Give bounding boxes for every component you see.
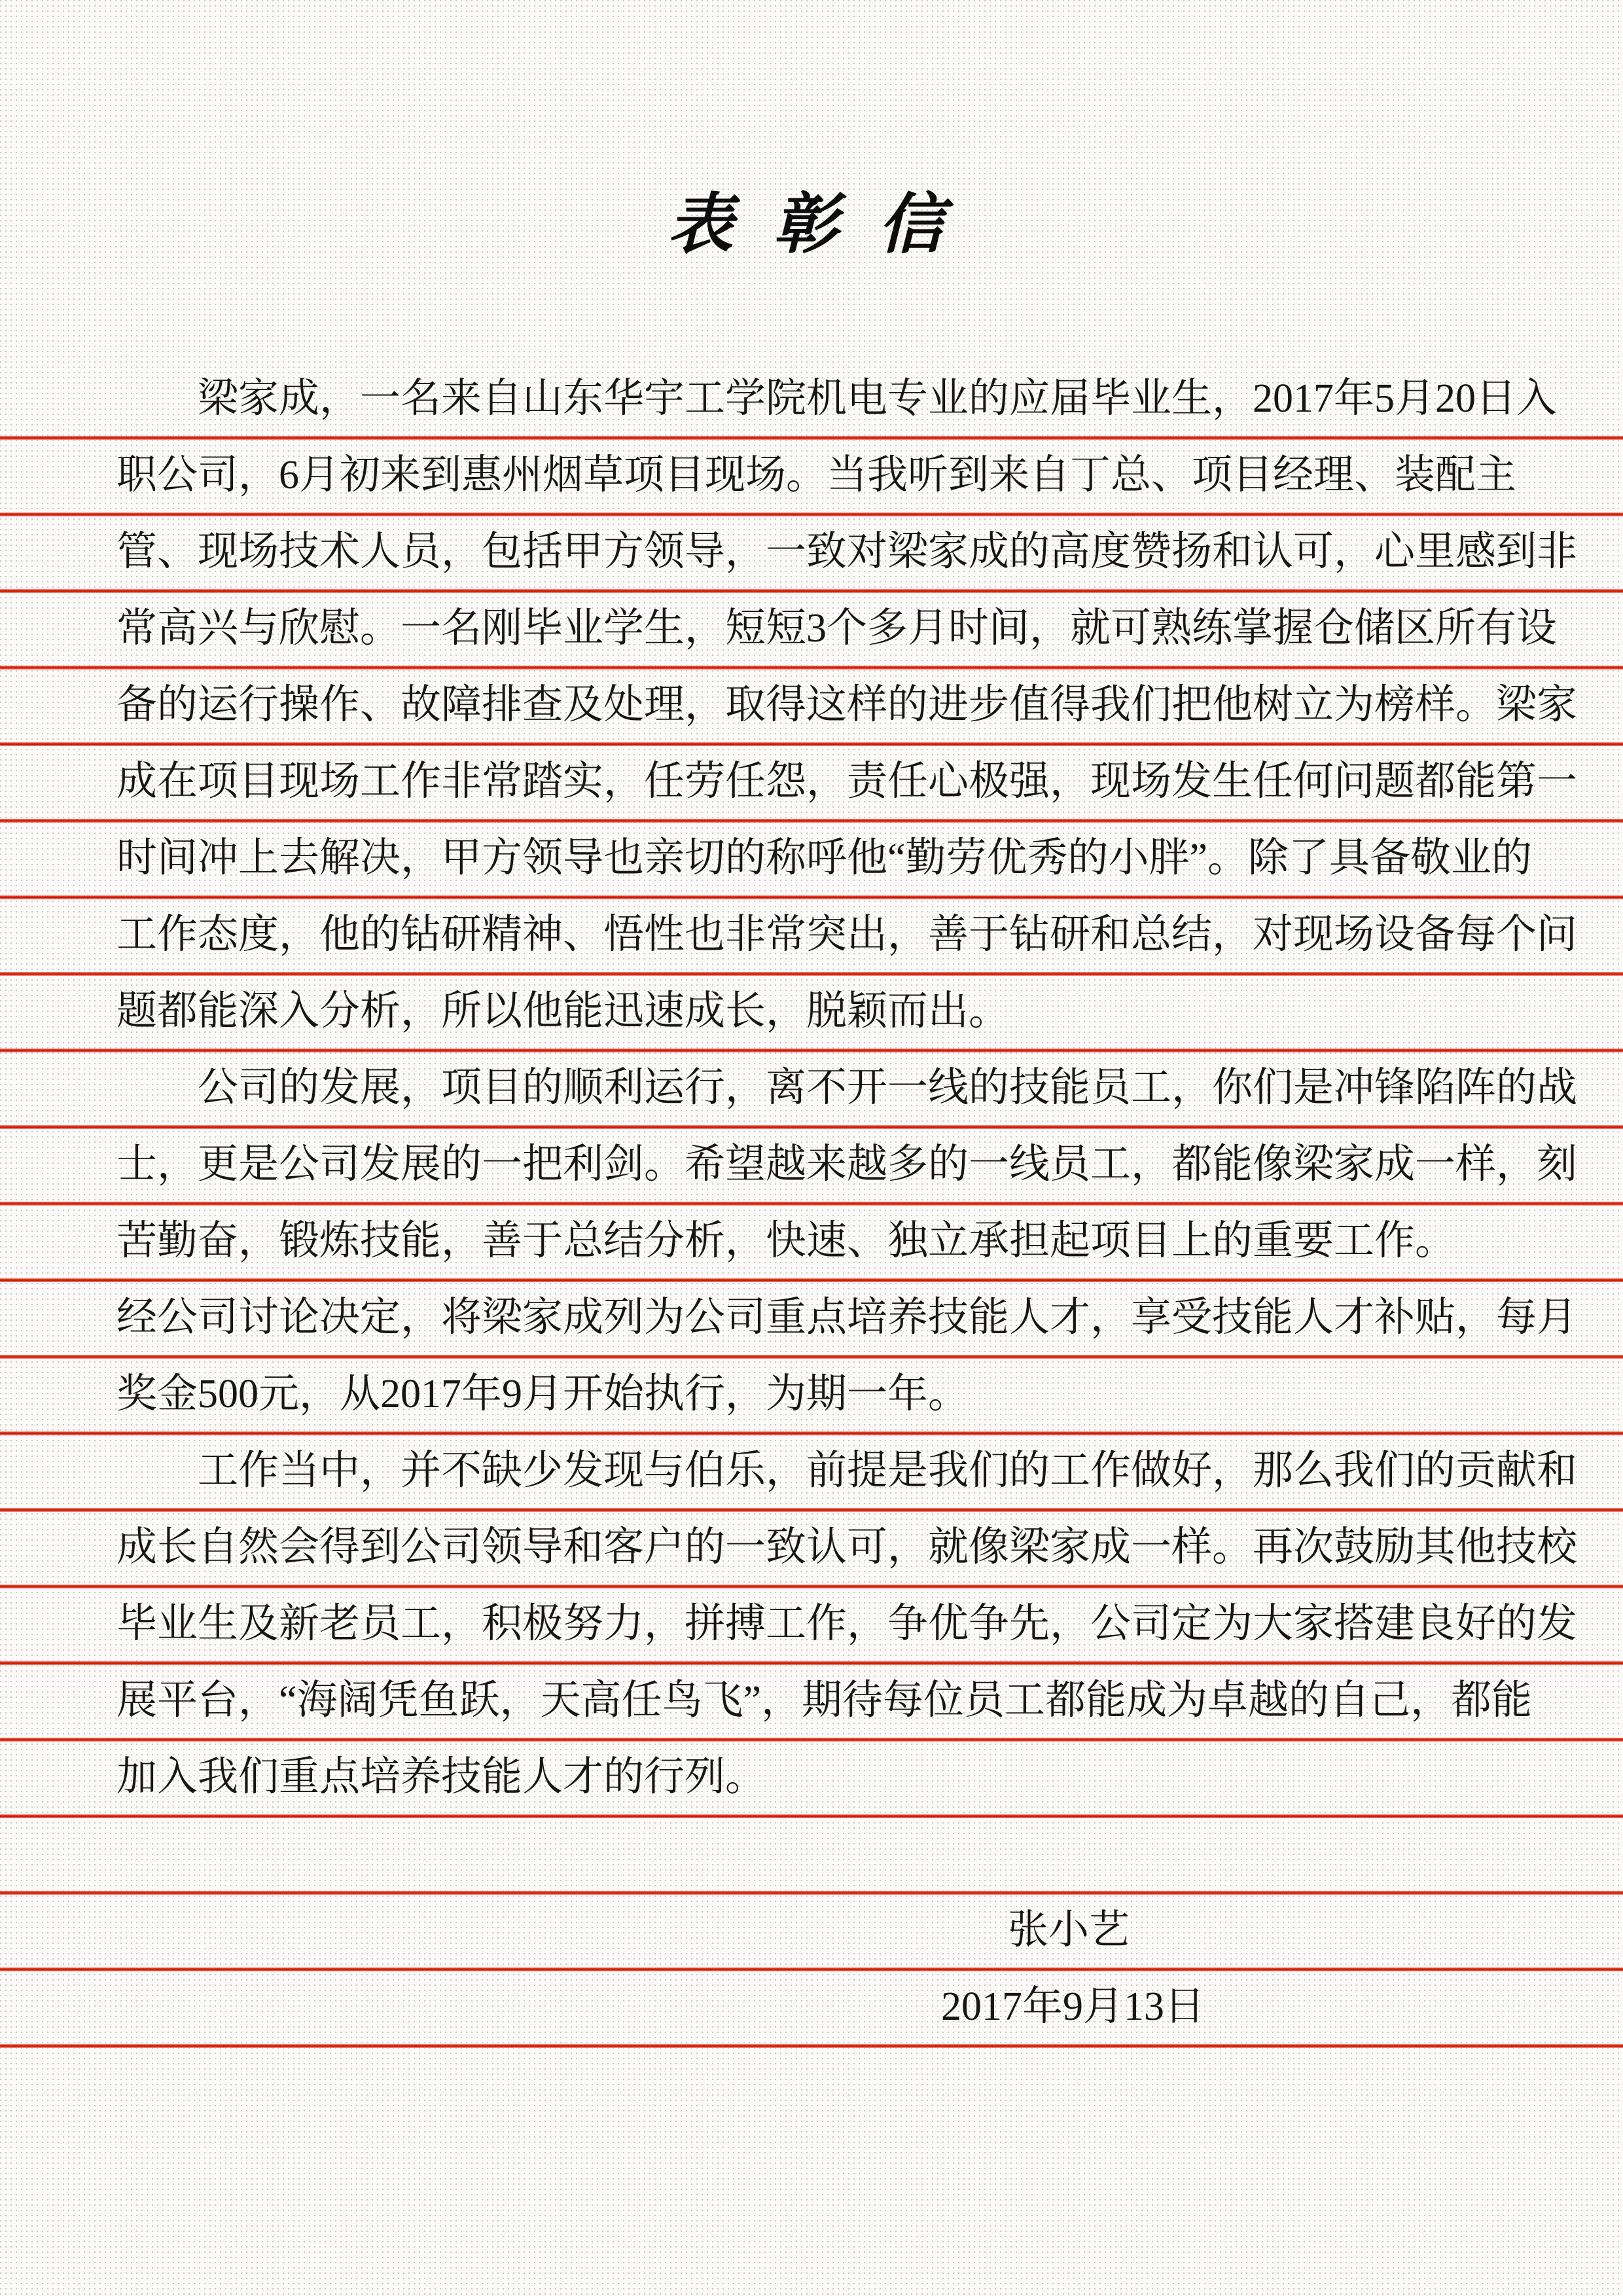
ruled-line xyxy=(0,1967,1623,1971)
ruled-line xyxy=(0,1278,1623,1282)
body-line: 职公司，6月初来到惠州烟草项目现场。当我听到来自丁总、项目经理、装配主 xyxy=(116,455,1507,495)
signature-date: 2017年9月13日 xyxy=(941,1986,1205,2027)
body-line: 士，更是公司发展的一把利剑。希望越来越多的一线员工，都能像梁家成一样，刻 xyxy=(116,1144,1507,1185)
body-line: 备的运行操作、故障排查及处理，取得这样的进步值得我们把他树立为榜样。梁家 xyxy=(116,685,1507,725)
ruled-line xyxy=(0,1814,1623,1818)
ruled-line xyxy=(0,1202,1623,1206)
body-line: 奖金500元，从2017年9月开始执行，为期一年。 xyxy=(116,1374,1507,1414)
ruled-line xyxy=(0,972,1623,976)
letter-page: 表 彰 信 梁家成，一名来自山东华宇工学院机电专业的应届毕业生，2017年5月2… xyxy=(0,0,1623,2296)
signature-name: 张小艺 xyxy=(1008,1910,1130,1950)
ruled-line xyxy=(0,666,1623,670)
ruled-line xyxy=(0,1508,1623,1512)
ruled-line xyxy=(0,589,1623,593)
ruled-line xyxy=(0,1585,1623,1588)
ruled-line xyxy=(0,742,1623,746)
ruled-line xyxy=(0,1355,1623,1359)
body-line: 加入我们重点培养技能人才的行列。 xyxy=(116,1757,1507,1797)
ruled-line xyxy=(0,1431,1623,1435)
body-line: 题都能深入分析，所以他能迅速成长，脱颖而出。 xyxy=(116,991,1507,1031)
ruled-line xyxy=(0,2044,1623,2048)
ruled-line xyxy=(0,1738,1623,1742)
ruled-line xyxy=(0,1125,1623,1129)
ruled-line xyxy=(0,1661,1623,1665)
body-line: 展平台，“海阔凭鱼跃，天高任鸟飞”，期待每位员工都能成为卓越的自己，都能 xyxy=(116,1680,1507,1721)
ruled-line xyxy=(0,895,1623,899)
body-line: 毕业生及新老员工，积极努力，拼搏工作，争优争先，公司定为大家搭建良好的发 xyxy=(116,1604,1507,1644)
body-line: 管、现场技术人员，包括甲方领导，一致对梁家成的高度赞扬和认可，心里感到非 xyxy=(116,531,1507,572)
body-line: 经公司讨论决定，将梁家成列为公司重点培养技能人才，享受技能人才补贴，每月 xyxy=(116,1297,1507,1338)
ruled-line xyxy=(0,1891,1623,1895)
ruled-line xyxy=(0,1049,1623,1052)
body-line: 公司的发展，项目的顺利运行，离不开一线的技能员工，你们是冲锋陷阵的战 xyxy=(116,1067,1588,1108)
body-line: 常高兴与欣慰。一名刚毕业学生，短短3个多月时间，就可熟练掌握仓储区所有设 xyxy=(116,608,1507,649)
ruled-line xyxy=(0,819,1623,823)
letter-title: 表 彰 信 xyxy=(0,171,1623,266)
body-line: 工作态度，他的钻研精神、悟性也非常突出，善于钻研和总结，对现场设备每个问 xyxy=(116,914,1507,955)
body-line: 梁家成，一名来自山东华宇工学院机电专业的应届毕业生，2017年5月20日入 xyxy=(116,378,1588,419)
body-line: 工作当中，并不缺少发现与伯乐，前提是我们的工作做好，那么我们的贡献和 xyxy=(116,1450,1588,1491)
body-line: 成长自然会得到公司领导和客户的一致认可，就像梁家成一样。再次鼓励其他技校 xyxy=(116,1527,1507,1568)
body-line: 时间冲上去解决，甲方领导也亲切的称呼他“勤劳优秀的小胖”。除了具备敬业的 xyxy=(116,838,1507,878)
body-line: 成在项目现场工作非常踏实，任劳任怨，责任心极强，现场发生任何问题都能第一 xyxy=(116,761,1507,802)
ruled-line xyxy=(0,512,1623,516)
body-line: 苦勤奋，锻炼技能，善于总结分析，快速、独立承担起项目上的重要工作。 xyxy=(116,1221,1507,1261)
ruled-line xyxy=(0,436,1623,440)
